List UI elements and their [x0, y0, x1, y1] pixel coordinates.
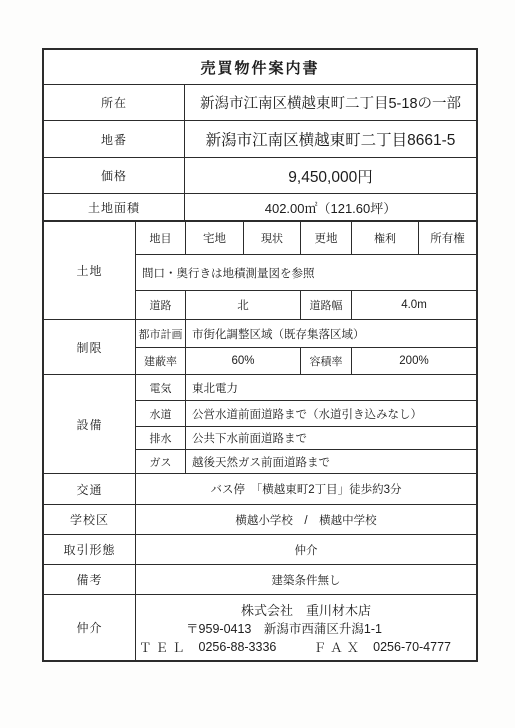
remarks-row: 備考 建築条件無し	[44, 564, 476, 594]
land-frontage-note: 間口・奥行きは地積測量図を参照	[136, 255, 476, 290]
land-road-label: 道路	[136, 291, 185, 319]
gas-label: ガス	[136, 450, 185, 473]
price-value: 9,450,000円	[184, 158, 476, 193]
school-district-value: 横越小学校 / 横越中学校	[135, 505, 476, 534]
utility-row-electric: 電気 東北電力	[136, 375, 476, 400]
broker-company: 株式会社 重川材木店	[136, 600, 476, 619]
restrictions-section: 制限 都市計画 市街化調整区域（既存集落区域） 建蔽率 60% 容積率 200%	[44, 319, 476, 374]
coverage-row: 建蔽率 60% 容積率 200%	[136, 347, 476, 374]
broker-telfax-line: ＴＥＬ 0256-88-3336 ＦＡＸ 0256-70-4777	[136, 638, 476, 656]
city-planning-value: 市街化調整区域（既存集落区域）	[185, 320, 476, 347]
restrictions-section-body: 都市計画 市街化調整区域（既存集落区域） 建蔽率 60% 容積率 200%	[135, 320, 476, 374]
transport-label: 交通	[44, 474, 135, 504]
utilities-section-body: 電気 東北電力 水道 公営水道前面道路まで（水道引き込みなし） 排水 公共下水前…	[135, 375, 476, 473]
utilities-section-label: 設備	[44, 375, 135, 473]
land-current-value: 更地	[300, 222, 351, 254]
price-label: 価格	[44, 158, 184, 193]
land-rights-label: 権利	[351, 222, 418, 254]
electric-value: 東北電力	[185, 375, 476, 400]
floor-area-label: 容積率	[300, 348, 351, 374]
broker-tel: ＴＥＬ 0256-88-3336	[139, 638, 276, 656]
utility-row-drainage: 排水 公共下水前面道路まで	[136, 426, 476, 449]
transaction-type-label: 取引形態	[44, 535, 135, 564]
land-area-label: 土地面積	[44, 194, 184, 220]
utilities-section: 設備 電気 東北電力 水道 公営水道前面道路まで（水道引き込みなし） 排水 公共…	[44, 374, 476, 473]
land-category-label: 地目	[136, 222, 185, 254]
lot-number-row: 地番 新潟市江南区横越東町二丁目8661-5	[44, 120, 476, 157]
land-area-value: 402.00㎡（121.60坪）	[184, 194, 476, 220]
transaction-type-row: 取引形態 仲介	[44, 534, 476, 564]
remarks-label: 備考	[44, 565, 135, 594]
transport-value: バス停 「横越東町2丁目」徒歩約3分	[135, 474, 476, 504]
document-title: 売買物件案内書	[44, 50, 476, 84]
gas-value: 越後天然ガス前面道路まで	[185, 450, 476, 473]
restrictions-section-label: 制限	[44, 320, 135, 374]
utility-row-gas: ガス 越後天然ガス前面道路まで	[136, 449, 476, 473]
floor-area-value: 200%	[351, 348, 476, 374]
broker-fax: ＦＡＸ 0256-70-4777	[314, 638, 451, 656]
water-label: 水道	[136, 401, 185, 426]
land-section-label: 土地	[44, 222, 135, 319]
broker-body: 株式会社 重川材木店 〒959-0413 新潟市西蒲区升潟1-1 ＴＥＬ 025…	[135, 595, 476, 660]
broker-address: 〒959-0413 新潟市西蒲区升潟1-1	[114, 619, 454, 637]
land-rights-value: 所有権	[418, 222, 476, 254]
electric-label: 電気	[136, 375, 185, 400]
lot-number-value: 新潟市江南区横越東町二丁目8661-5	[184, 121, 476, 157]
land-category-row: 地目 宅地 現状 更地 権利 所有権	[136, 222, 476, 254]
broker-tel-label: ＴＥＬ	[139, 638, 189, 656]
school-district-row: 学校区 横越小学校 / 横越中学校	[44, 504, 476, 534]
coverage-label: 建蔽率	[136, 348, 185, 374]
price-row: 価格 9,450,000円	[44, 157, 476, 193]
coverage-value: 60%	[185, 348, 300, 374]
land-current-label: 現状	[243, 222, 300, 254]
land-road-width-label: 道路幅	[300, 291, 351, 319]
scanned-document-page: 売買物件案内書 所在 新潟市江南区横越東町二丁目5-18の一部 地番 新潟市江南…	[0, 0, 515, 728]
broker-tel-number: 0256-88-3336	[199, 640, 277, 654]
transaction-type-value: 仲介	[135, 535, 476, 564]
city-planning-label: 都市計画	[136, 320, 185, 347]
water-value: 公営水道前面道路まで（水道引き込みなし）	[185, 401, 476, 426]
drainage-label: 排水	[136, 427, 185, 449]
title-row: 売買物件案内書	[44, 50, 476, 84]
land-category-value: 宅地	[185, 222, 243, 254]
property-info-sheet: 売買物件案内書 所在 新潟市江南区横越東町二丁目5-18の一部 地番 新潟市江南…	[42, 48, 478, 662]
broker-fax-number: 0256-70-4777	[373, 640, 451, 654]
remarks-value: 建築条件無し	[135, 565, 476, 594]
land-section: 土地 地目 宅地 現状 更地 権利 所有権 間口・奥行きは地積測量図を参照 道路…	[44, 220, 476, 319]
location-value: 新潟市江南区横越東町二丁目5-18の一部	[184, 85, 476, 120]
land-road-row: 道路 北 道路幅 4.0m	[136, 290, 476, 319]
city-planning-row: 都市計画 市街化調整区域（既存集落区域）	[136, 320, 476, 347]
location-row: 所在 新潟市江南区横越東町二丁目5-18の一部	[44, 84, 476, 120]
drainage-value: 公共下水前面道路まで	[185, 427, 476, 449]
location-label: 所在	[44, 85, 184, 120]
land-road-width-value: 4.0m	[351, 291, 476, 319]
broker-row: 仲介 株式会社 重川材木店 〒959-0413 新潟市西蒲区升潟1-1 ＴＥＬ …	[44, 594, 476, 660]
broker-fax-label: ＦＡＸ	[314, 638, 364, 656]
transport-row: 交通 バス停 「横越東町2丁目」徒歩約3分	[44, 473, 476, 504]
land-frontage-row: 間口・奥行きは地積測量図を参照	[136, 254, 476, 290]
utility-row-water: 水道 公営水道前面道路まで（水道引き込みなし）	[136, 400, 476, 426]
school-district-label: 学校区	[44, 505, 135, 534]
land-road-value: 北	[185, 291, 300, 319]
land-area-row: 土地面積 402.00㎡（121.60坪）	[44, 193, 476, 220]
lot-number-label: 地番	[44, 121, 184, 157]
land-section-body: 地目 宅地 現状 更地 権利 所有権 間口・奥行きは地積測量図を参照 道路 北 …	[135, 222, 476, 319]
